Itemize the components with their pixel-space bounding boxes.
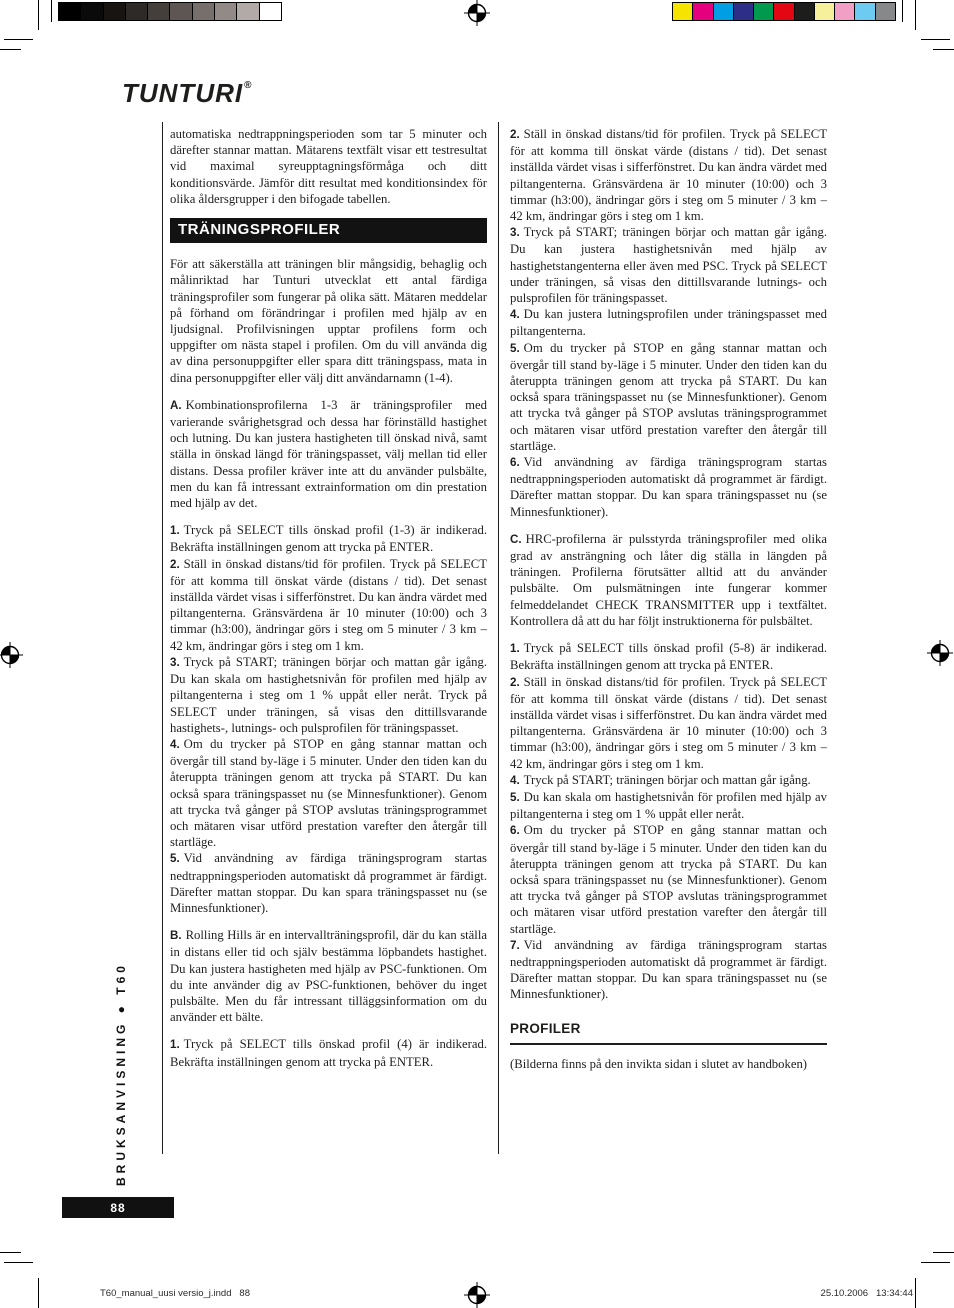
calibration-swatch [126,3,148,20]
calibration-swatch [215,3,237,20]
step-item: 5.Om du trycker på STOP en gång stannar … [510,340,827,454]
step-item: 1.Tryck på SELECT tills önskad profil (1… [170,522,487,555]
grayscale-calibration-bar [58,2,282,21]
step-text: Vid användning av färdiga träningsprogra… [510,455,827,519]
step-text: Ställ in önskad distans/tid för profilen… [510,675,827,771]
calibration-swatch [855,3,875,20]
calibration-swatch [815,3,835,20]
step-item: 5.Du kan skala om hastighetsnivån för pr… [510,789,827,822]
manual-page: TUNTURI® automatiska nedtrappningsperiod… [0,0,954,1308]
crop-mark [921,1262,950,1263]
crop-mark [51,0,52,22]
column-rule-center [498,122,499,1154]
crop-mark [933,49,954,50]
step-number: 5. [510,342,524,355]
step-number: 1. [510,642,524,655]
section-a-label: A. [170,399,186,412]
step-text: Ställ in önskad distans/tid för profilen… [170,557,487,653]
crop-mark [38,0,39,30]
step-item: 4.Om du trycker på STOP en gång stannar … [170,736,487,850]
section-c-paragraph: C.HRC-profilerna är pulsstyrda träningsp… [510,531,827,629]
step-number: 6. [510,824,524,837]
step-text: Om du trycker på STOP en gång stannar ma… [510,341,827,453]
step-item: 1.Tryck på SELECT tills önskad profil (4… [170,1036,487,1069]
right-column: 2.Ställ in önskad distans/tid för profil… [510,126,827,1083]
step-number: 2. [170,558,184,571]
crop-mark [902,0,903,22]
calibration-swatch [714,3,734,20]
step-number: 2. [510,676,524,689]
step-number: 3. [510,226,524,239]
step-item: 3.Tryck på START; träningen börjar och m… [170,654,487,736]
page-number-badge: 88 [62,1197,174,1218]
registration-mark-icon [0,642,23,668]
registration-mark-icon [464,1282,490,1308]
section-b-paragraph: B.Rolling Hills är en intervallträningsp… [170,927,487,1025]
crop-mark [915,0,916,30]
calibration-swatch [876,3,895,20]
registration-mark-icon [464,0,490,26]
crop-mark [0,1252,21,1253]
step-item: 1.Tryck på SELECT tills önskad profil (5… [510,640,827,673]
steps-hrc-profiles: 1.Tryck på SELECT tills önskad profil (5… [510,640,827,1002]
step-item: 7.Vid användning av färdiga träningsprog… [510,937,827,1003]
calibration-swatch [835,3,855,20]
steps-rolling-hills: 1.Tryck på SELECT tills önskad profil (4… [170,1036,487,1069]
crop-mark [915,1278,916,1308]
calibration-swatch [170,3,192,20]
step-text: Om du trycker på STOP en gång stannar ma… [170,737,487,849]
step-text: Tryck på SELECT tills önskad profil (4) … [170,1037,487,1068]
profiles-subheading: PROFILER [510,1021,827,1045]
training-profiles-heading-bar: TRÄNINGSPROFILER [170,218,487,243]
step-number: 1. [170,524,184,537]
calibration-swatch [59,3,81,20]
section-a-paragraph: A.Kombinationsprofilerna 1-3 är tränings… [170,397,487,511]
calibration-swatch [774,3,794,20]
section-b-label: B. [170,929,186,942]
step-number: 7. [510,939,524,952]
step-number: 2. [510,128,524,141]
step-item: 6.Om du trycker på STOP en gång stannar … [510,822,827,936]
section-b-text: Rolling Hills är en intervallträningspro… [170,928,487,1024]
step-text: Tryck på START; träningen börjar och mat… [170,655,487,735]
calibration-swatch [104,3,126,20]
step-text: Du kan skala om hastighetsnivån för prof… [510,790,827,821]
crop-mark [4,1262,33,1263]
calibration-swatch [734,3,754,20]
step-text: Tryck på START; träningen börjar och mat… [510,225,827,305]
calibration-swatch [260,3,281,20]
step-number: 4. [510,774,524,787]
step-number: 1. [170,1038,184,1051]
profiles-note: (Bilderna finns på den invikta sidan i s… [510,1056,827,1072]
step-number: 4. [170,738,184,751]
crop-mark [0,49,21,50]
step-text: Ställ in önskad distans/tid för profilen… [510,127,827,223]
column-rule-left [162,122,163,1154]
crop-mark [38,1278,39,1308]
calibration-swatch [673,3,693,20]
step-number: 6. [510,456,524,469]
step-text: Du kan justera lutningsprofilen under tr… [510,307,827,338]
intro-paragraph: automatiska nedtrappningsperioden som ta… [170,126,487,207]
step-item: 4.Du kan justera lutningsprofilen under … [510,306,827,339]
crop-mark [921,39,950,40]
steps-rolling-hills-continued: 2.Ställ in önskad distans/tid för profil… [510,126,827,520]
steps-combination-profiles: 1.Tryck på SELECT tills önskad profil (1… [170,522,487,916]
step-item: 5.Vid användning av färdiga träningsprog… [170,850,487,916]
step-text: Tryck på SELECT tills önskad profil (5-8… [510,641,827,672]
calibration-swatch [754,3,774,20]
step-item: 4.Tryck på START; träningen börjar och m… [510,772,827,789]
step-text: Tryck på START; träningen börjar och mat… [524,773,811,787]
calibration-swatch [81,3,103,20]
footer-timestamp: 25.10.2006 13:34:44 [821,1288,913,1299]
step-number: 5. [510,791,524,804]
step-number: 5. [170,852,184,865]
footer-filename: T60_manual_uusi versio_j.indd 88 [100,1288,250,1299]
calibration-swatch [693,3,713,20]
brand-name: TUNTURI [122,78,243,108]
crop-mark [933,1252,954,1253]
step-item: 2.Ställ in önskad distans/tid för profil… [510,674,827,772]
calibration-swatch [237,3,259,20]
step-text: Tryck på SELECT tills önskad profil (1-3… [170,523,487,554]
calibration-swatch [795,3,815,20]
step-item: 6.Vid användning av färdiga träningsprog… [510,454,827,520]
step-text: Vid användning av färdiga träningsprogra… [510,938,827,1002]
calibration-swatch [193,3,215,20]
step-text: Vid användning av färdiga träningsprogra… [170,851,487,915]
section-a-text: Kombinationsprofilerna 1-3 är träningspr… [170,398,487,510]
brand-logo: TUNTURI® [122,78,251,109]
section-c-label: C. [510,533,526,546]
left-column: automatiska nedtrappningsperioden som ta… [170,126,487,1081]
lead-paragraph: För att säkerställa att träningen blir m… [170,256,487,386]
step-item: 2.Ställ in önskad distans/tid för profil… [170,556,487,654]
sidebar-vertical-label: BRUKSANVISNING ● T60 [114,962,128,1186]
step-item: 2.Ställ in önskad distans/tid för profil… [510,126,827,224]
step-item: 3.Tryck på START; träningen börjar och m… [510,224,827,306]
registered-trademark-symbol: ® [244,80,251,91]
crop-mark [4,39,33,40]
step-number: 4. [510,308,524,321]
color-calibration-bar [672,2,896,21]
step-text: Om du trycker på STOP en gång stannar ma… [510,823,827,935]
step-number: 3. [170,656,184,669]
calibration-swatch [148,3,170,20]
registration-mark-icon [927,640,953,666]
section-c-text: HRC-profilerna är pulsstyrda träningspro… [510,532,827,628]
